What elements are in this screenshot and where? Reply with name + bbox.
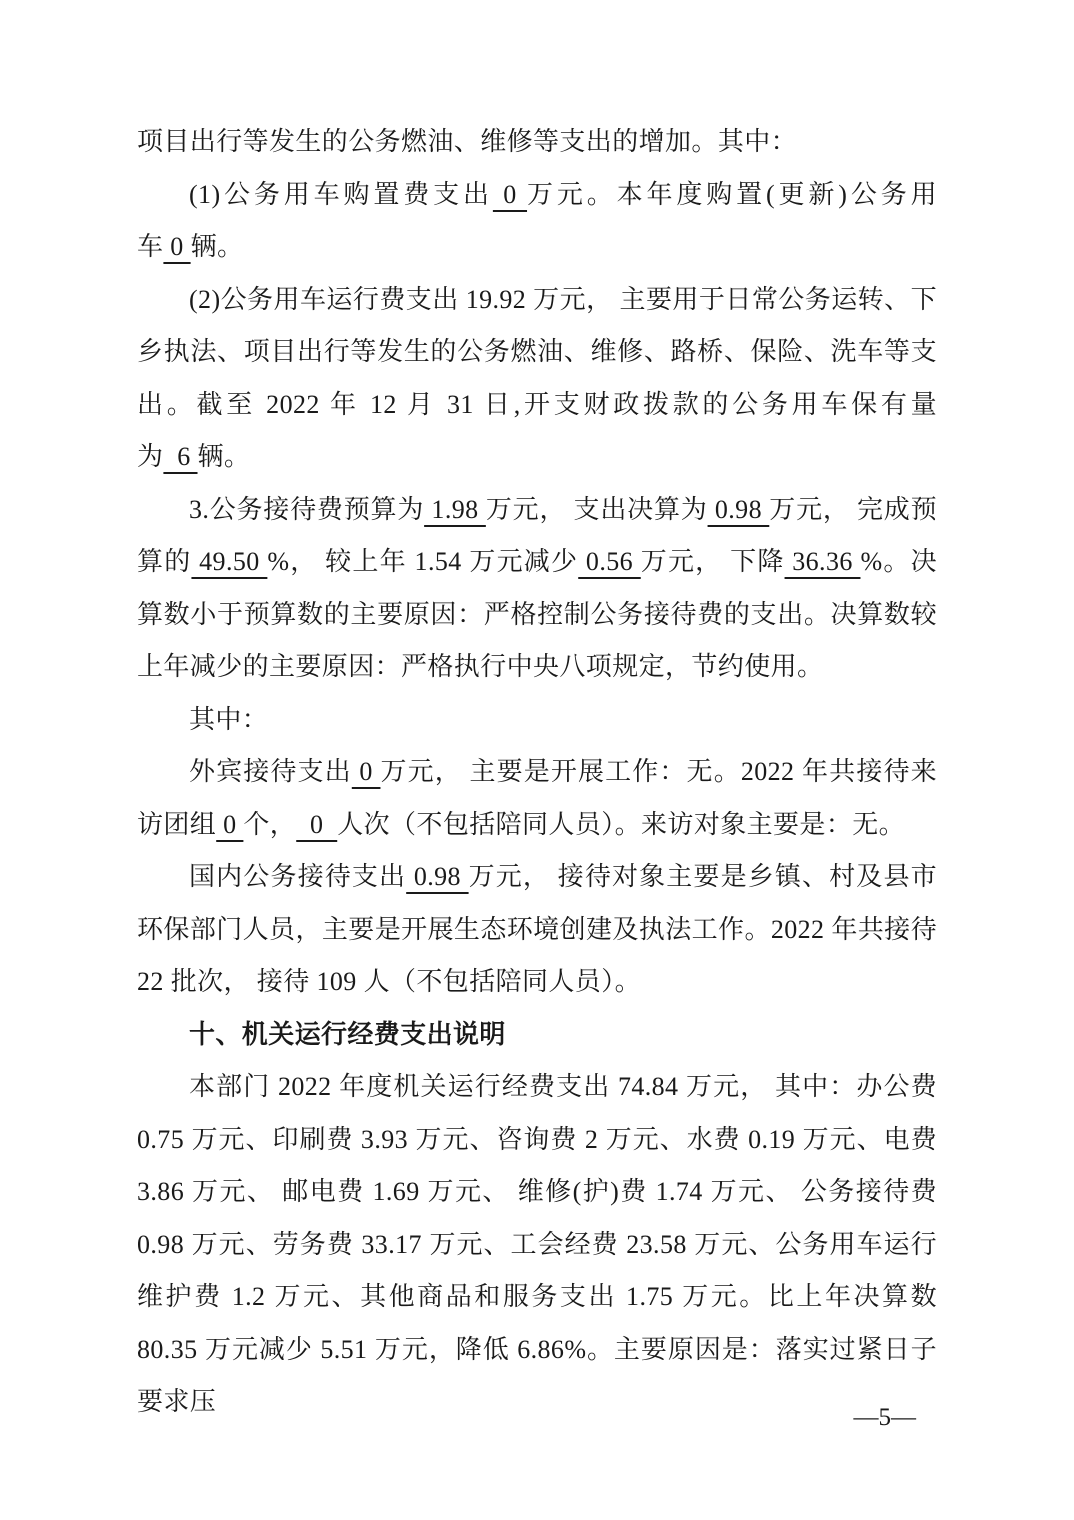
- text-segment: 项目出行等发生的公务燃油、维修等支出的增加。其中：: [137, 127, 797, 156]
- blank-value-budget: 1.98: [424, 495, 486, 524]
- text-segment: 万元， 下降: [641, 547, 785, 576]
- text-segment: 万元， 支出决算为: [486, 495, 708, 524]
- blank-value-completion-percent: 49.50: [191, 547, 267, 576]
- blank-value-decrease-amount: 0.56: [578, 547, 641, 576]
- paragraph-domestic-reception: 国内公务接待支出 0.98 万元， 接待对象主要是乡镇、村及县市环保部门人员，主…: [137, 851, 937, 1009]
- section-heading-operating-expenses: 十、机关运行经费支出说明: [137, 1009, 937, 1062]
- blank-value-domestic-expense: 0.98: [406, 862, 468, 891]
- text-segment: 3.公务接待费预算为: [189, 495, 424, 524]
- blank-value-purchase-amount: 0: [493, 180, 527, 209]
- blank-value-final-expense: 0.98: [708, 495, 770, 524]
- blank-value-vehicle-count: 6: [163, 442, 197, 471]
- text-segment: 国内公务接待支出: [189, 862, 406, 891]
- text-segment: 辆。: [198, 442, 251, 471]
- paragraph-foreign-reception: 外宾接待支出 0 万元， 主要是开展工作：无。2022 年共接待来访团组 0 个…: [137, 746, 937, 851]
- text-segment: 辆。: [191, 232, 244, 261]
- blank-value-decrease-percent: 36.36: [785, 547, 861, 576]
- text-segment: (1)公务用车购置费支出: [189, 180, 493, 209]
- text-segment: %， 较上年 1.54 万元减少: [267, 547, 578, 576]
- paragraph-vehicle-operation: (2)公务用车运行费支出 19.92 万元， 主要用于日常公务运转、下乡执法、项…: [137, 274, 937, 484]
- document-body: 项目出行等发生的公务燃油、维修等支出的增加。其中： (1)公务用车购置费支出 0…: [137, 116, 937, 1429]
- document-page: 项目出行等发生的公务燃油、维修等支出的增加。其中： (1)公务用车购置费支出 0…: [0, 0, 1074, 1520]
- paragraph-continuation: 项目出行等发生的公务燃油、维修等支出的增加。其中：: [137, 116, 937, 169]
- text-segment: 人次（不包括陪同人员）。来访对象主要是：无。: [337, 810, 905, 839]
- page-number: —5—: [854, 1403, 917, 1433]
- paragraph-among-which: 其中：: [137, 694, 937, 747]
- text-segment: 本部门 2022 年度机关运行经费支出 74.84 万元， 其中：办公费 0.7…: [137, 1072, 937, 1416]
- text-segment: 其中：: [189, 705, 268, 734]
- blank-value-foreign-expense: 0: [352, 757, 381, 786]
- text-segment: 外宾接待支出: [189, 757, 352, 786]
- paragraph-vehicle-purchase: (1)公务用车购置费支出 0 万元。本年度购置(更新)公务用车 0 辆。: [137, 169, 937, 274]
- blank-value-group-count: 0: [216, 810, 243, 839]
- paragraph-reception-budget: 3.公务接待费预算为 1.98 万元， 支出决算为 0.98 万元， 完成预算的…: [137, 484, 937, 694]
- blank-value-person-count: 0: [296, 810, 337, 839]
- heading-text: 十、机关运行经费支出说明: [189, 1020, 506, 1049]
- text-segment: 个，: [243, 810, 296, 839]
- paragraph-operating-expense-detail: 本部门 2022 年度机关运行经费支出 74.84 万元， 其中：办公费 0.7…: [137, 1061, 937, 1429]
- blank-value-vehicles-purchased: 0: [163, 232, 190, 261]
- text-segment: (2)公务用车运行费支出 19.92 万元， 主要用于日常公务运转、下乡执法、项…: [137, 285, 937, 472]
